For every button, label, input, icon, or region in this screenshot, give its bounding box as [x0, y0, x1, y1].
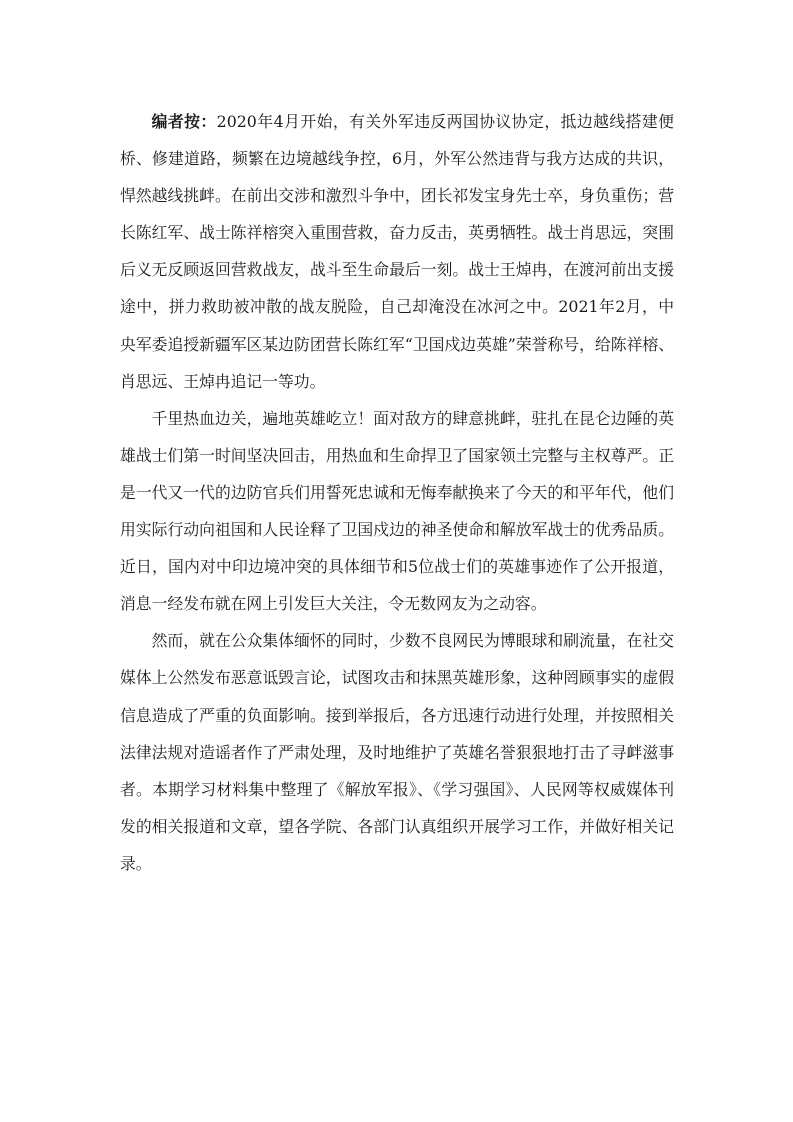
editor-note-text: 2020年4月开始，有关外军违反两国协议协定，抵边越线搭建便桥、修建道路，频繁在…: [120, 112, 674, 391]
body-paragraph-heroes: 千里热血边关，遍地英雄屹立！面对敌方的肆意挑衅，驻扎在昆仑边陲的英雄战士们第一时…: [120, 400, 674, 623]
body-paragraph-rumors: 然而，就在公众集体缅怀的同时，少数不良网民为博眼球和刷流量，在社交媒体上公然发布…: [120, 622, 674, 882]
editor-note-label: 编者按：: [152, 112, 217, 131]
document-body: 编者按：2020年4月开始，有关外军违反两国协议协定，抵边越线搭建便桥、修建道路…: [120, 103, 674, 882]
editor-note-paragraph: 编者按：2020年4月开始，有关外军违反两国协议协定，抵边越线搭建便桥、修建道路…: [120, 103, 674, 400]
